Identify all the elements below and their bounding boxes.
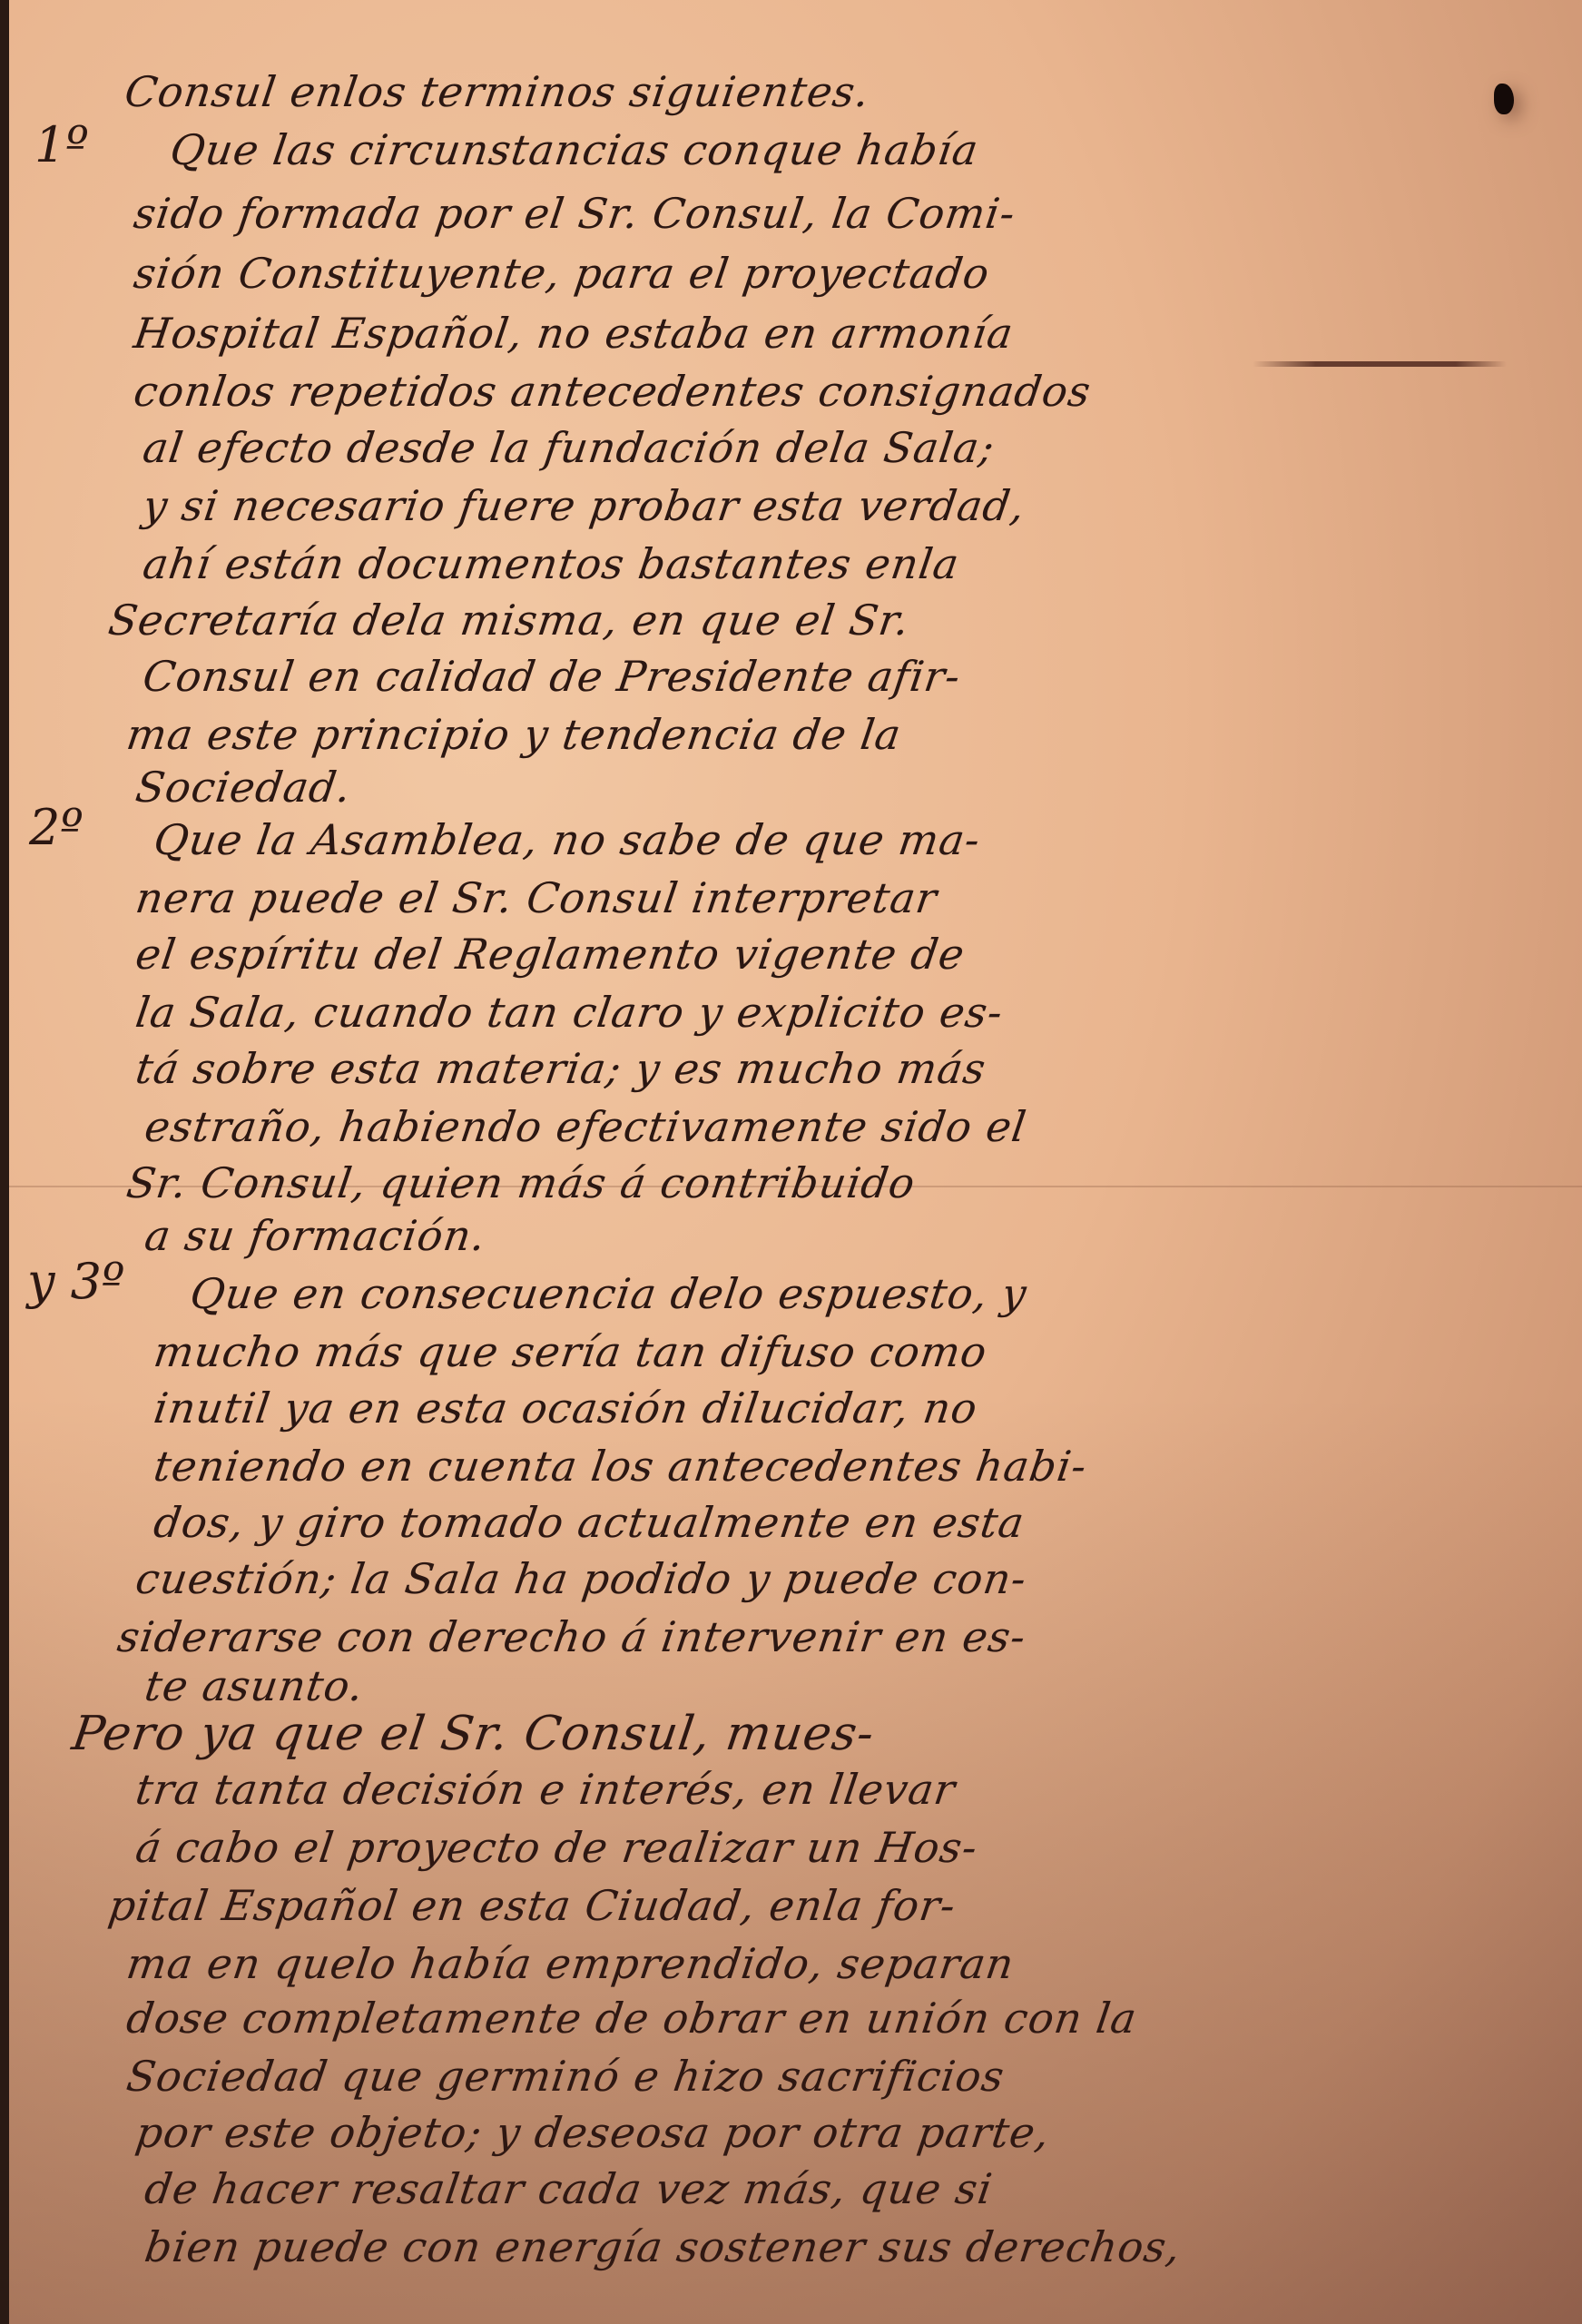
text-line: mucho más que sería tan difuso como <box>151 1327 990 1376</box>
text-line: Que en consecuencia delo espuesto, y <box>187 1269 1030 1318</box>
text-line: ahí están documentos bastantes enla <box>140 539 962 588</box>
text-line: tá sobre esta materia; y es mucho más <box>133 1044 989 1093</box>
text-line: sido formada por el Sr. Consul, la Comi- <box>131 189 1018 238</box>
paper-hole <box>1494 84 1514 114</box>
text-line: conlos repetidos antecedentes consignado… <box>131 367 1094 416</box>
text-line: siderarse con derecho á intervenir en es… <box>114 1612 1029 1661</box>
text-line: estraño, habiendo efectivamente sido el <box>142 1102 1029 1151</box>
manuscript-page: Consul enlos terminos siguientes. 1º Que… <box>9 0 1582 2324</box>
text-line: Sr. Consul, quien más á contribuido <box>123 1158 919 1207</box>
text-line: sión Constituyente, para el proyectado <box>131 249 993 298</box>
text-line: teniendo en cuenta los antecedentes habi… <box>151 1442 1090 1491</box>
text-line: a su formación. <box>142 1211 489 1260</box>
text-line: inutil ya en esta ocasión dilucidar, no <box>151 1384 980 1433</box>
text-line: nera puede el Sr. Consul interpretar <box>133 873 940 922</box>
ink-stain <box>1253 361 1507 367</box>
text-line: la Sala, cuando tan claro y explicito es… <box>133 988 1007 1037</box>
text-line: de hacer resaltar cada vez más, que si <box>142 2164 996 2213</box>
text-line: dose completamente de obrar en unión con… <box>123 1994 1140 2043</box>
text-line: el espíritu del Reglamento vigente de <box>133 930 968 979</box>
text-line: ma en quelo había emprendido, separan <box>123 1939 1017 1988</box>
text-line: Secretaría dela misma, en que el Sr. <box>105 596 913 645</box>
text-line: te asunto. <box>142 1661 367 1710</box>
text-line: Que la Asamblea, no sabe de que ma- <box>151 815 984 864</box>
text-line: cuestión; la Sala ha podido y puede con- <box>133 1554 1029 1603</box>
text-line: bien puede con energía sostener sus dere… <box>142 2222 1184 2271</box>
paragraph-marker: 1º <box>34 116 89 173</box>
text-line: Sociedad que germinó e hizo sacrificios <box>123 2052 1007 2101</box>
text-line: dos, y giro tomado actualmente en esta <box>151 1498 1027 1547</box>
text-line: por este objeto; y deseosa por otra part… <box>133 2108 1053 2157</box>
text-line: Consul en calidad de Presidente afir- <box>140 652 964 701</box>
text-line: ma este principio y tendencia de la <box>123 710 904 759</box>
text-line: pital Español en esta Ciudad, enla for- <box>105 1881 958 1930</box>
text-line: Pero ya que el Sr. Consul, mues- <box>69 1707 879 1761</box>
text-line: y si necesario fuere probar esta verdad, <box>140 481 1028 530</box>
text-line: Consul enlos terminos siguientes. <box>122 67 873 116</box>
text-line: Que las circunstancias conque había <box>167 125 982 174</box>
text-line: tra tanta decisión e interés, en llevar <box>133 1765 958 1814</box>
text-line: á cabo el proyecto de realizar un Hos- <box>133 1823 981 1872</box>
text-line: Sociedad. <box>133 763 354 812</box>
paragraph-marker: y 3º <box>27 1253 124 1310</box>
text-line: al efecto desde la fundación dela Sala; <box>140 423 997 472</box>
text-line: Hospital Español, no estaba en armonía <box>131 309 1017 358</box>
paragraph-marker: 2º <box>29 799 84 856</box>
